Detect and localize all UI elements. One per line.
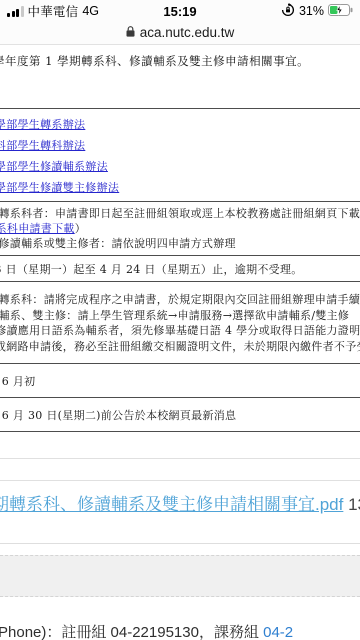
battery-percent-label: 31% xyxy=(299,4,324,18)
table-row: 109 年 6 月初 xyxy=(0,364,360,398)
divider xyxy=(0,458,360,459)
divider xyxy=(0,480,360,481)
battery-charging-icon xyxy=(328,4,353,19)
signal-strength-icon xyxy=(7,6,24,17)
procedure-instruction-3: **申請修讀應用日語系為輔系者，須先修畢基礎日語 4 學分或取得日語能力證明 xyxy=(0,323,360,339)
procedure-instruction-2: 2. 修讀輔系、雙主修：請上學生管理系統→申請服務→選擇欲申請輔系/雙主修 xyxy=(0,308,360,324)
network-type-label: 4G xyxy=(82,4,99,18)
attachment-size-label: 134. xyxy=(343,495,360,514)
pdf-attachment-link[interactable]: 期轉系科、修讀輔系及雙主修申請相關事宜.pdf xyxy=(0,495,343,514)
announcement-text: 109 年 6 月 30 日(星期二)前公告於本校網頁最新消息 xyxy=(0,398,360,432)
webpage-content: 學年度第 1 學期轉系科、修讀輔系及雙主修申請相關事宜。 本校大學部學生轉系辦法… xyxy=(0,44,360,640)
comment-panel xyxy=(0,555,360,597)
table-row: 1. 申請轉系科者：申請書即日起至註冊組領取或逕上本校教務處註冊組網頁下載 （轉… xyxy=(0,202,360,256)
procedure-instruction-4: （請完成網路申請後，務必至註冊組繳交相關證明文件，未於期限內繳件者不予受理 xyxy=(0,339,360,355)
application-info-table: 本校大學部學生轉系辦法 本校專科部學生轉科辦法 本校大學部學生修讀輔系辦法 本校… xyxy=(0,108,360,432)
divider xyxy=(0,543,360,544)
result-date-text: 109 年 6 月初 xyxy=(0,364,360,398)
secure-lock-icon xyxy=(126,24,135,42)
link-application-form-download[interactable]: 轉系科申請書下載 xyxy=(0,222,75,235)
apply-instruction-2: 2. 申請修讀輔系或雙主修者：請依說明四申請方式辦理 xyxy=(0,236,360,251)
url-text: aca.nutc.edu.tw xyxy=(140,25,235,40)
contact-text: Phone)：註冊組 04-22195130，課務組 xyxy=(0,624,263,640)
table-row: 本校大學部學生轉系辦法 本校專科部學生轉科辦法 本校大學部學生修讀輔系辦法 本校… xyxy=(0,109,360,202)
clock-label: 15:19 xyxy=(163,4,196,19)
link-transfer-dept-rule[interactable]: 本校大學部學生轉系辦法 xyxy=(0,118,85,131)
table-row: 3 月 23 日（星期一）起至 4 月 24 日（星期五）止，逾期不受理。 xyxy=(0,256,360,282)
deadline-text: 3 月 23 日（星期一）起至 4 月 24 日（星期五）止，逾期不受理。 xyxy=(0,256,360,282)
phone-link[interactable]: 04-2 xyxy=(263,624,293,640)
link-minor-rule[interactable]: 本校大學部學生修讀輔系辦法 xyxy=(0,160,108,173)
status-bar: 中華電信 4G 15:19 31% xyxy=(0,0,360,22)
table-row: 1. 申請轉系科：請將完成程序之申請書，於規定期限內交回註冊組辦理申請手續 2.… xyxy=(0,282,360,364)
apply-instruction-1: 1. 申請轉系科者：申請書即日起至註冊組領取或逕上本校教務處註冊組網頁下載 xyxy=(0,206,360,221)
attachment-row: 期轉系科、修讀輔系及雙主修申請相關事宜.pdf 134. xyxy=(0,493,360,517)
link-double-major-rule[interactable]: 本校大學部學生修讀雙主修辦法 xyxy=(0,181,119,194)
url-bar[interactable]: aca.nutc.edu.tw xyxy=(0,22,360,43)
link-transfer-program-rule[interactable]: 本校專科部學生轉科辦法 xyxy=(0,139,85,152)
page-title: 學年度第 1 學期轉系科、修讀輔系及雙主修申請相關事宜。 xyxy=(0,53,309,69)
contact-footer: Phone)：註冊組 04-22195130，課務組 04-2 xyxy=(0,622,293,640)
apply-download-line: （轉系科申請書下載） xyxy=(0,221,360,236)
orientation-lock-icon xyxy=(281,3,295,20)
browser-chrome: 中華電信 4G 15:19 31% xyxy=(0,0,360,45)
carrier-label: 中華電信 xyxy=(28,2,79,20)
table-row: 109 年 6 月 30 日(星期二)前公告於本校網頁最新消息 xyxy=(0,398,360,432)
procedure-instruction-1: 1. 申請轉系科：請將完成程序之申請書，於規定期限內交回註冊組辦理申請手續 xyxy=(0,292,360,308)
